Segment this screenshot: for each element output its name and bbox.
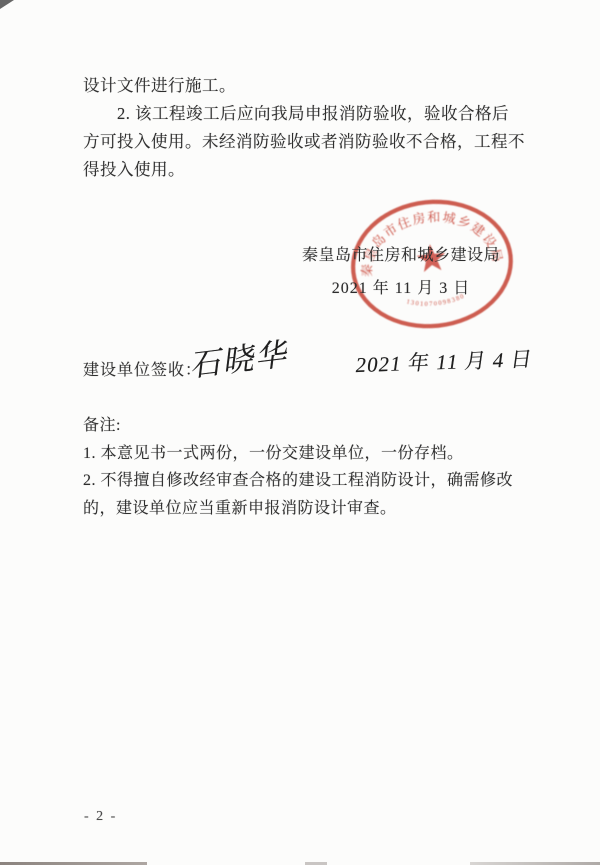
issue-date: 2021 年 11 月 3 日 [298,275,504,298]
issuer-name: 秦皇岛市住房和城乡建设局 [298,242,504,265]
scan-artifact-top-left [0,0,14,9]
scanned-document-page: 设计文件进行施工。 2. 该工程竣工后应向我局申报消防验收，验收合格后 方可投入… [0,0,600,865]
remarks-title: 备注: [83,412,543,440]
remark-line: 1. 本意见书一式两份，一份交建设单位，一份存档。 [83,440,543,468]
remark-line: 的，建设单位应当重新申报消防设计审查。 [83,495,543,523]
handwritten-signature: 石晓华 [190,327,294,385]
body-line: 设计文件进行施工。 [83,72,538,100]
remarks-block: 备注: 1. 本意见书一式两份，一份交建设单位，一份存档。 2. 不得擅自修改经… [83,412,543,522]
handwritten-date: 2021 年 11 月 4 日 [354,343,535,379]
body-line: 得投入使用。 [83,156,538,184]
remark-line: 2. 不得擅自修改经审查合格的建设工程消防设计，确需修改 [83,467,543,495]
issuer-block: 秦皇岛市住房和城乡建设局 2021 年 11 月 3 日 [298,242,504,298]
signature-label: 建设单位签收： [83,357,202,380]
body-line: 2. 该工程竣工后应向我局申报消防验收，验收合格后 [83,100,538,128]
page-number: - 2 - [84,809,117,825]
body-line: 方可投入使用。未经消防验收或者消防验收不合格，工程不 [83,128,538,156]
body-paragraph: 设计文件进行施工。 2. 该工程竣工后应向我局申报消防验收，验收合格后 方可投入… [83,72,538,184]
